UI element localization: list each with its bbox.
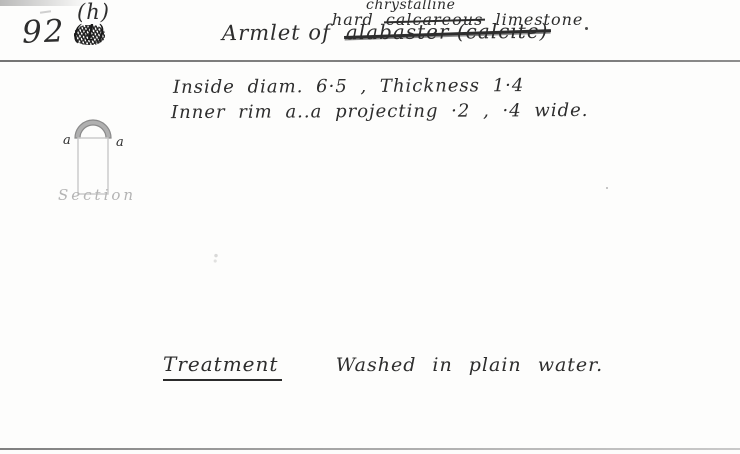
measurement-line-1: Inside diam. 6·5 , Thickness 1·4	[173, 75, 524, 98]
marker-a-right: a	[116, 135, 124, 150]
measurement-line-2: Inner rim a..a projecting ·2 , ·4 wide.	[171, 100, 589, 123]
marker-a-left: a	[63, 133, 71, 148]
treatment-text: Washed in plain water.	[336, 354, 603, 376]
correction-word-limestone: limestone	[495, 10, 583, 29]
dust-speck	[606, 187, 608, 189]
header-rule-line	[0, 60, 740, 62]
sketch-arch	[75, 120, 111, 138]
catalog-number: 92	[21, 13, 66, 50]
treatment-row: Treatment Washed in plain water.	[163, 352, 603, 381]
title-prefix: Armlet of	[222, 20, 331, 45]
stray-ink-dot	[585, 27, 588, 30]
card-bottom-edge	[0, 448, 740, 450]
correction-above: chrystalline	[366, 0, 455, 13]
deleted-mark: (4)	[73, 21, 106, 45]
index-card: 92 (h) (4) Armlet ofalabaster (calcite) …	[0, 0, 740, 454]
faint-smudge	[212, 252, 220, 264]
treatment-label: Treatment	[163, 352, 282, 381]
sketch-caption: Section	[58, 186, 136, 204]
scribbled-out-text: (4)	[73, 21, 106, 45]
